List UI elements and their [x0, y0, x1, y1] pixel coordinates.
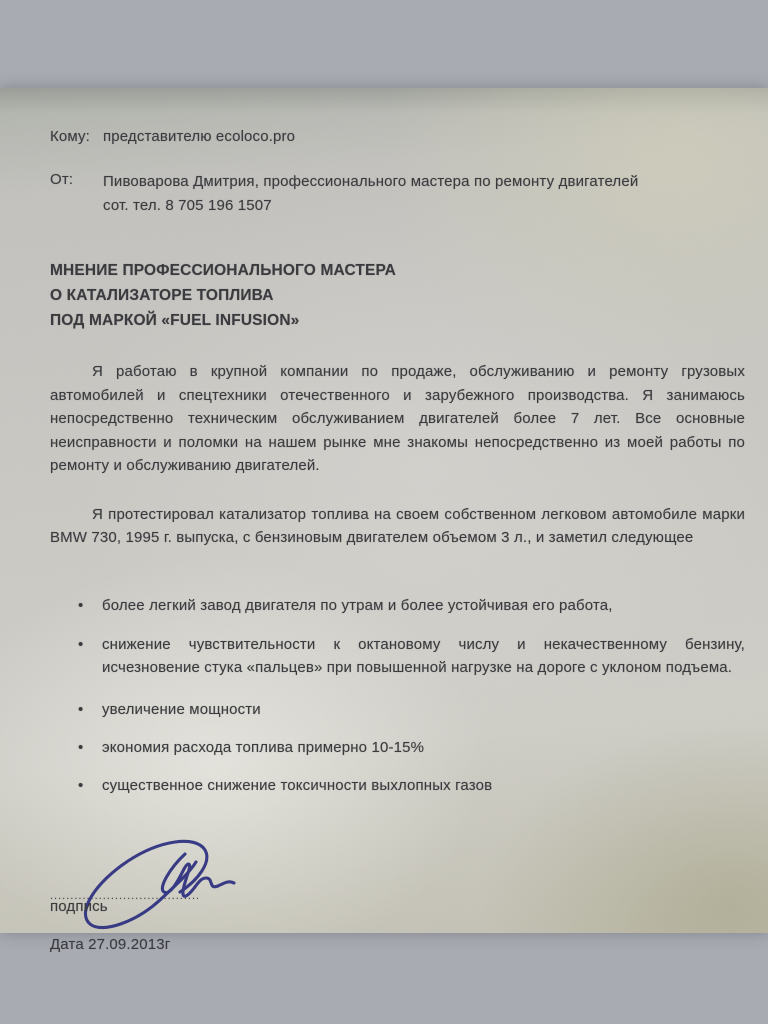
list-item: • существенное снижение токсичности выхл… — [78, 774, 745, 797]
date-text: Дата 27.09.2013г — [50, 936, 170, 954]
list-item: • более легкий завод двигателя по утрам … — [78, 594, 745, 617]
title-line-1: МНЕНИЕ ПРОФЕССИОНАЛЬНОГО МАСТЕРА — [50, 258, 745, 283]
list-item: • экономия расхода топлива примерно 10-1… — [78, 736, 745, 759]
list-item-text: более легкий завод двигателя по утрам и … — [102, 594, 745, 617]
letter-content: Кому: представителю ecoloco.pro От: Пиво… — [0, 88, 768, 933]
list-item-text: увеличение мощности — [102, 698, 745, 721]
recipient-row: Кому: представителю ecoloco.pro — [50, 127, 745, 147]
letter-paper: Кому: представителю ecoloco.pro От: Пиво… — [0, 88, 768, 933]
bullet-icon: • — [78, 633, 102, 679]
signature-block: ........................................… — [50, 826, 745, 986]
body-paragraph-1: Я работаю в крупной компании по продаже,… — [50, 360, 745, 478]
list-item: • снижение чувствительности к октановому… — [78, 633, 745, 679]
sender-details: Пивоварова Дмитрия, профессионального ма… — [103, 170, 638, 218]
observations-list: • более легкий завод двигателя по утрам … — [50, 594, 745, 797]
title-line-2: О КАТАЛИЗАТОРЕ ТОПЛИВА — [50, 283, 745, 308]
recipient-value: представителю ecoloco.pro — [103, 127, 295, 147]
letter-photo: Кому: представителю ecoloco.pro От: Пиво… — [0, 0, 768, 1024]
recipient-label: Кому: — [50, 127, 103, 147]
bullet-icon: • — [78, 736, 102, 759]
letter-title: МНЕНИЕ ПРОФЕССИОНАЛЬНОГО МАСТЕРА О КАТАЛ… — [50, 258, 745, 333]
handwritten-signature — [64, 828, 242, 932]
sender-phone: сот. тел. 8 705 196 1507 — [103, 197, 272, 214]
bullet-icon: • — [78, 594, 102, 617]
sender-value: Пивоварова Дмитрия, профессионального ма… — [103, 173, 638, 190]
list-item-text: экономия расхода топлива примерно 10-15% — [102, 736, 745, 759]
sender-row: От: Пивоварова Дмитрия, профессиональног… — [50, 170, 745, 218]
body-paragraph-2: Я протестировал катализатор топлива на с… — [50, 503, 745, 550]
list-item-text: существенное снижение токсичности выхлоп… — [102, 774, 745, 797]
list-item: • увеличение мощности — [78, 698, 745, 721]
title-line-3: ПОД МАРКОЙ «FUEL INFUSION» — [50, 308, 745, 333]
signature-caption: подпись — [50, 898, 108, 916]
sender-label: От: — [50, 170, 103, 218]
list-item-text: снижение чувствительности к октановому ч… — [102, 633, 745, 679]
bullet-icon: • — [78, 698, 102, 721]
bullet-icon: • — [78, 774, 102, 797]
